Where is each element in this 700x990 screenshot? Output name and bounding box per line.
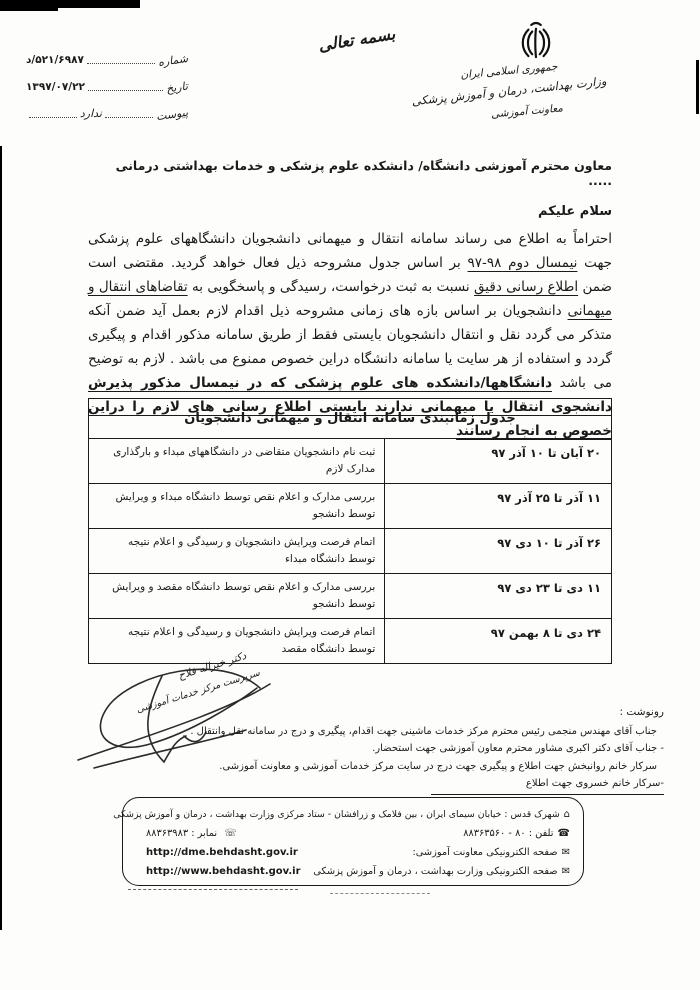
footer-fax: نمابر : ۸۸۳۶۳۹۸۳: [146, 828, 217, 839]
footer-phone: تلفن : ۸۰ - ۸۸۳۶۳۵۶۰: [463, 828, 553, 839]
attachment-label: پیوست: [155, 106, 189, 123]
footer-email1-label: صفحه الکترونیکی معاونت آموزشی:: [412, 847, 557, 858]
email-icon: ✉: [562, 866, 570, 877]
letter-number-row: شماره ۵۲۱/۶۹۸۷/د: [26, 40, 188, 67]
table-title-row: جدول زمانبندی سامانه انتقال و میهمانی دا…: [89, 399, 612, 439]
scan-artifact: [0, 8, 58, 11]
scan-artifact: [0, 146, 2, 930]
letter-number-value: ۵۲۱/۶۹۸۷/د: [26, 54, 84, 67]
cc-item: -سرکار خانم خسروی جهت اطلاع: [52, 775, 664, 795]
dotted-leader: [29, 117, 77, 118]
phone-icon: ☎: [558, 828, 570, 839]
cc-label: رونوشت :: [52, 704, 664, 722]
activity-cell: ثبت نام دانشجویان متقاضی در دانشگاههای م…: [89, 439, 385, 484]
besmele-calligraphy: بسمه تعالی: [317, 24, 396, 55]
body-text-underlined: نیمسال دوم ۹۸-۹۷: [468, 255, 578, 271]
attachment-value: ندارد: [80, 107, 102, 121]
dotted-leader: [87, 63, 155, 64]
schedule-table: جدول زمانبندی سامانه انتقال و میهمانی دا…: [88, 398, 612, 664]
fax-icon: ☏: [224, 828, 237, 839]
letter-date-row: تاریخ ۱۳۹۷/۰۷/۲۲: [26, 67, 188, 94]
letter-meta-block: شماره ۵۲۱/۶۹۸۷/د تاریخ ۱۳۹۷/۰۷/۲۲ پیوست …: [26, 40, 188, 121]
letter-date-value: ۱۳۹۷/۰۷/۲۲: [26, 81, 85, 94]
iran-emblem-icon: [519, 20, 553, 62]
footer-email1-url: http://dme.behdasht.gov.ir: [146, 847, 298, 858]
footer-email2-url: http://www.behdasht.gov.ir: [146, 866, 301, 877]
footer-email2-label: صفحه الکترونیکی وزارت بهداشت ، درمان و آ…: [313, 866, 557, 877]
footer-email2-row: ✉ صفحه الکترونیکی وزارت بهداشت ، درمان و…: [136, 862, 570, 881]
letterhead-emblem-block: جمهوری اسلامی ایران وزارت بهداشت، درمان …: [404, 20, 614, 119]
date-range-cell: ۲۰ آبان تا ۱۰ آذر ۹۷: [385, 439, 612, 484]
footer-address: شهرک قدس : خیابان سیمای ایران ، بین فلام…: [113, 809, 559, 820]
footer-address-row: ⌂ شهرک قدس : خیابان سیمای ایران ، بین فل…: [136, 805, 570, 824]
activity-cell: بررسی مدارک و اعلام نقص توسط دانشگاه مبد…: [89, 484, 385, 529]
date-range-cell: ۲۶ آذر تا ۱۰ دی ۹۷: [385, 529, 612, 574]
table-row: ۲۶ آذر تا ۱۰ دی ۹۷ اتمام فرصت ویرایش دان…: [89, 529, 612, 574]
recipient-line: معاون محترم آموزشی دانشگاه/ دانشکده علوم…: [88, 158, 612, 188]
address-icon: ⌂: [564, 809, 570, 820]
date-range-cell: ۱۱ دی تا ۲۳ دی ۹۷: [385, 574, 612, 619]
table-title: جدول زمانبندی سامانه انتقال و میهمانی دا…: [89, 399, 612, 439]
cc-section: رونوشت : جناب آقای مهندس منجمی رئیس محتر…: [52, 704, 664, 795]
table-row: ۱۱ دی تا ۲۳ دی ۹۷ بررسی مدارک و اعلام نق…: [89, 574, 612, 619]
cc-item: - جناب آقای دکتر اکبری مشاور محترم معاون…: [52, 740, 664, 758]
footer-phone-row: ☎ تلفن : ۸۰ - ۸۸۳۶۳۵۶۰ ☏ نمابر : ۸۸۳۶۳۹۸…: [136, 824, 570, 843]
date-range-cell: ۱۱ آذر تا ۲۵ آذر ۹۷: [385, 484, 612, 529]
date-range-cell: ۲۴ دی تا ۸ بهمن ۹۷: [385, 619, 612, 664]
footer-contact-box: ⌂ شهرک قدس : خیابان سیمای ایران ، بین فل…: [122, 797, 584, 886]
scan-artifact: [128, 889, 298, 890]
scan-artifact: [696, 60, 699, 114]
activity-cell: بررسی مدارک و اعلام نقص توسط دانشگاه مقص…: [89, 574, 385, 619]
cc-item: جناب آقای مهندس منجمی رئیس محترم مرکز خد…: [52, 723, 664, 741]
dotted-leader: [88, 90, 163, 91]
scanned-letter-page: بسمه تعالی جمهوری اسلامی ایران وزارت بهد…: [0, 0, 700, 990]
email-icon: ✉: [562, 847, 570, 858]
salutation: سلام علیکم: [538, 204, 612, 219]
activity-cell: اتمام فرصت ویرایش دانشجویان و رسیدگی و ا…: [89, 529, 385, 574]
dotted-leader: [105, 117, 153, 118]
letter-attachment-row: پیوست ندارد: [26, 94, 188, 121]
scan-artifact: [0, 0, 140, 8]
table-row: ۱۱ آذر تا ۲۵ آذر ۹۷ بررسی مدارک و اعلام …: [89, 484, 612, 529]
body-text: نسبت به ثبت درخواست، رسیدگی و پاسخگویی ب…: [188, 279, 474, 295]
body-text-underlined: اطلاع رسانی دقیق: [474, 279, 578, 295]
cc-item: سرکار خانم روانبخش جهت اطلاع و پیگیری جه…: [52, 758, 664, 776]
table-row: ۲۰ آبان تا ۱۰ آذر ۹۷ ثبت نام دانشجویان م…: [89, 439, 612, 484]
footer-fax-wrap: ☏ نمابر : ۸۸۳۶۳۹۸۳: [146, 828, 237, 839]
cc-item-underlined: -سرکار خانم خسروی جهت اطلاع: [431, 775, 664, 795]
scan-artifact: [330, 893, 430, 894]
footer-email1-row: ✉ صفحه الکترونیکی معاونت آموزشی: http://…: [136, 843, 570, 862]
